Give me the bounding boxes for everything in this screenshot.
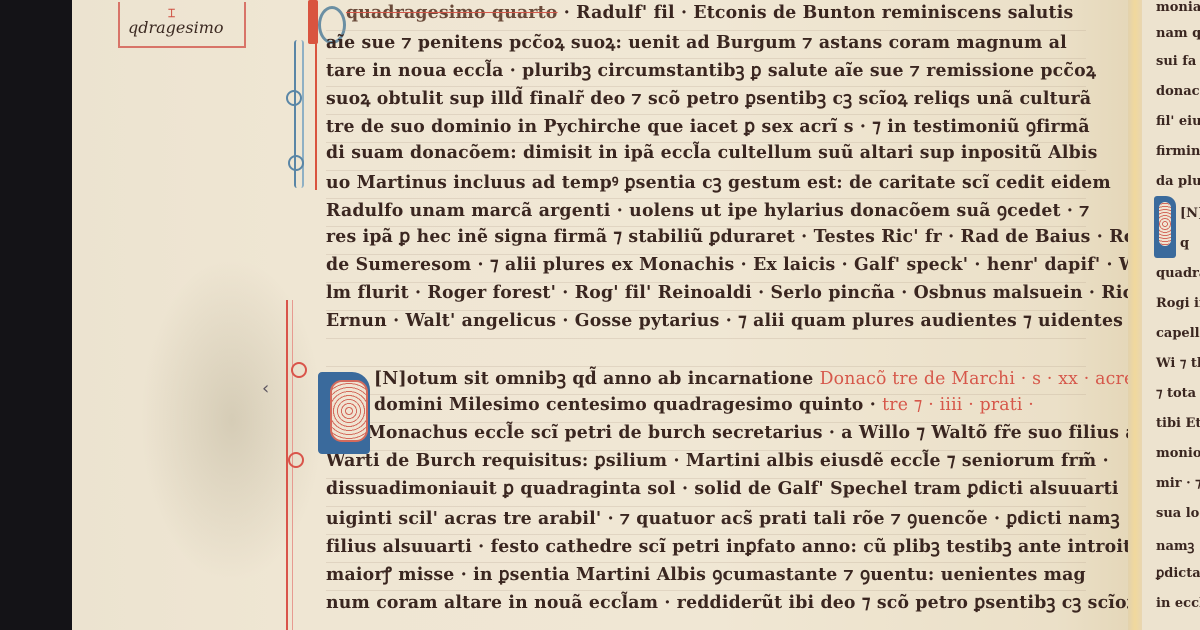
red-penwork-rail xyxy=(286,300,288,630)
facing-line: sui fa xyxy=(1156,54,1196,69)
ruling-line xyxy=(326,338,1086,339)
initial-n-red-filigree xyxy=(330,380,368,442)
facing-line: fil' eius xyxy=(1156,114,1200,129)
facing-line: [N] o xyxy=(1180,206,1200,221)
facing-line: tibi Et xyxy=(1156,416,1200,431)
decorated-initial-n xyxy=(318,372,370,454)
text-line-6: di suam donacõem: dimisit in ipã eccl̃a … xyxy=(326,142,1098,163)
facing-line: firmin xyxy=(1156,144,1200,159)
book-binding xyxy=(0,0,72,630)
facing-line: monia xyxy=(1156,0,1200,15)
struck-text: quadragesimo quarto xyxy=(346,2,558,23)
decorated-initial-a xyxy=(300,0,328,44)
facing-line: Rogi in xyxy=(1156,296,1200,311)
marginal-tick-icon: ‹ xyxy=(262,378,269,399)
text-line-11: lm flurit · Roger forest' · Rog' fil' Re… xyxy=(326,282,1139,303)
marginal-note-box: ⌶ qdragesimo xyxy=(118,2,246,48)
facing-line: da plur xyxy=(1156,174,1200,189)
facing-line: q xyxy=(1180,236,1189,251)
text-line-2: aĩe sue ⁊ penitens pcc̃oꝝ suoꝝ: uenit ad… xyxy=(326,30,1067,54)
facing-line: monio xyxy=(1156,446,1200,461)
text-line-16: Warti de Burch requisitus: ꝑsilium · Mar… xyxy=(326,450,1109,471)
book-gutter xyxy=(1128,0,1142,630)
text-line-14: domini Milesimo centesimo quadragesimo q… xyxy=(374,394,1034,415)
text-line-1: quadragesimo quarto · Radulf' fil · Etco… xyxy=(346,2,1073,23)
facing-line: mir · ⁊ co xyxy=(1156,476,1200,491)
facing-line: Wi ⁊ tho xyxy=(1156,356,1200,371)
facing-line: namꝫ xyxy=(1156,536,1194,554)
facing-line: quadra xyxy=(1156,266,1200,281)
text-line-13: [N]otum sit omnibꝫ qd̃ anno ab incarnati… xyxy=(374,366,1134,390)
facing-line: nam q xyxy=(1156,26,1200,41)
text-line-3: tare in noua eccl̃a · pluribꝫ circumstan… xyxy=(326,58,1096,82)
red-penwork-line xyxy=(315,40,317,190)
flourish-curl-icon xyxy=(286,90,302,106)
facing-line: sua loca xyxy=(1156,506,1200,521)
marginal-note-text: qdragesimo xyxy=(128,18,224,37)
text-line-15: suo Monachus eccl̃e scĩ petri de burch s… xyxy=(326,422,1153,443)
text-line-7: uo Martinus incluus ad tempꝰ ꝑsentia cꝫ … xyxy=(326,170,1111,194)
red-curl-icon xyxy=(291,362,307,378)
text-line-20: maiorꝭ misse · in ꝑsentia Martini Albis … xyxy=(326,562,1086,586)
text-line-5: tre de suo dominio in Pychirche que iace… xyxy=(326,114,1090,138)
facing-initial-filigree xyxy=(1159,202,1171,246)
facing-line: ⁊ tota ẽ xyxy=(1156,386,1200,401)
facing-line: in eccles xyxy=(1156,596,1200,611)
facing-page: monia nam q sui fa donacõ fil' eius firm… xyxy=(1142,0,1200,630)
text-line-21: num coram altare in nouã eccl̃am · reddi… xyxy=(326,590,1156,614)
rubric-text: Donacõ tre de Marchi · s · xx · acre xyxy=(820,368,1135,389)
line-text: [N]otum sit omnibꝫ qd̃ anno ab incarnati… xyxy=(374,368,820,389)
text-line-12: Ernun · Walt' angelicus · Gosse pytarius… xyxy=(326,310,1135,331)
facing-line: capellã xyxy=(1156,326,1200,341)
text-line-18: uiginti scil' acras tre arabil' · ⁊ quat… xyxy=(326,506,1120,530)
initial-a-red-stem xyxy=(308,0,318,44)
line-text: · Radulf' fil · Etconis de Bunton remini… xyxy=(558,2,1074,23)
text-line-8: Radulfo unam marcã argenti · uolens ut i… xyxy=(326,198,1089,222)
text-line-10: de Sumeresom · ⁊ alii plures ex Monachis… xyxy=(326,254,1152,275)
facing-initial-n xyxy=(1154,196,1176,258)
text-line-17: dissuadimoniauit ꝑ quadraginta sol · sol… xyxy=(326,478,1119,499)
red-curl-icon xyxy=(288,452,304,468)
line-text: domini Milesimo centesimo quadragesimo q… xyxy=(374,394,882,415)
flourish-curl-icon xyxy=(288,155,304,171)
text-line-9: res ipã ꝑ hec inẽ signa firmã ⁊ stabiliũ… xyxy=(326,226,1153,247)
rubric-text: tre ⁊ · iiii · prati · xyxy=(882,394,1034,415)
facing-line: donacõ xyxy=(1156,84,1200,99)
facing-line: ꝑdicta t xyxy=(1156,566,1200,581)
text-line-4: suoꝝ obtulit sup illd̃ finalr̃ deo ⁊ scõ… xyxy=(326,86,1091,110)
text-line-19: filius alsuuarti · festo cathedre scĩ pe… xyxy=(326,534,1144,558)
